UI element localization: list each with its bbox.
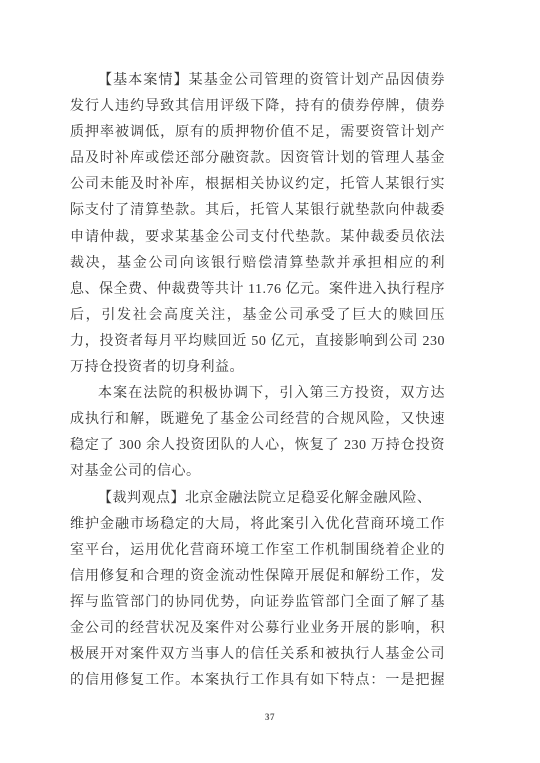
text-line: 室平台，运用优化营商环境工作室工作机制围绕着企业的 — [70, 538, 445, 564]
text-line: 稳定了 300 余人投资团队的人心，恢复了 230 万持仓投资者 — [70, 433, 445, 459]
text-line: 裁决，基金公司向该银行赔偿清算垫款并承担相应的利 — [70, 251, 445, 277]
text-line: 发行人违约导致其信用评级下降，持有的债券停牌，债券 — [70, 94, 445, 120]
text-line: 极展开对案件双方当事人的信任关系和被执行人基金公司 — [70, 642, 445, 668]
text-line: 的信用修复工作。本案执行工作具有如下特点：一是把握 — [70, 668, 445, 694]
text-line: 信用修复和合理的资金流动性保障开展促和解纷工作，发 — [70, 564, 445, 590]
text-line: 力，投资者每月平均赎回近 50 亿元，直接影响到公司 230 — [70, 329, 445, 355]
text-line: 挥与监管部门的协同优势，向证券监管部门全面了解了基 — [70, 590, 445, 616]
page-number: 37 — [0, 712, 540, 722]
text-line: 本案在法院的积极协调下，引入第三方投资，双方达 — [70, 381, 445, 407]
text-line: 金公司的经营状况及案件对公募行业业务开展的影响，积 — [70, 616, 445, 642]
document-page: 【基本案情】某基金公司管理的资管计划产品因债券发行人违约导致其信用评级下降，持有… — [0, 0, 540, 763]
text-line: 万持仓投资者的切身利益。 — [70, 355, 445, 381]
text-line: 后，引发社会高度关注，基金公司承受了巨大的赎回压 — [70, 303, 445, 329]
text-line: 息、保全费、仲裁费等共计 11.76 亿元。案件进入执行程序 — [70, 277, 445, 303]
text-line: 品及时补库或偿还部分融资款。因资管计划的管理人基金 — [70, 146, 445, 172]
text-line: 【裁判观点】北京金融法院立足稳妥化解金融风险、 — [70, 486, 445, 512]
text-line: 维护金融市场稳定的大局，将此案引入优化营商环境工作 — [70, 512, 445, 538]
text-line: 质押率被调低，原有的质押物价值不足，需要资管计划产 — [70, 120, 445, 146]
text-line: 成执行和解，既避免了基金公司经营的合规风险，又快速 — [70, 407, 445, 433]
body-text: 【基本案情】某基金公司管理的资管计划产品因债券发行人违约导致其信用评级下降，持有… — [70, 68, 445, 694]
text-line: 际支付了清算垫款。其后，托管人某银行就垫款向仲裁委 — [70, 198, 445, 224]
text-line: 申请仲裁，要求某基金公司支付代垫款。某仲裁委员依法 — [70, 225, 445, 251]
text-line: 【基本案情】某基金公司管理的资管计划产品因债券 — [70, 68, 445, 94]
text-line: 公司未能及时补库，根据相关协议约定，托管人某银行实 — [70, 172, 445, 198]
text-line: 对基金公司的信心。 — [70, 459, 445, 485]
